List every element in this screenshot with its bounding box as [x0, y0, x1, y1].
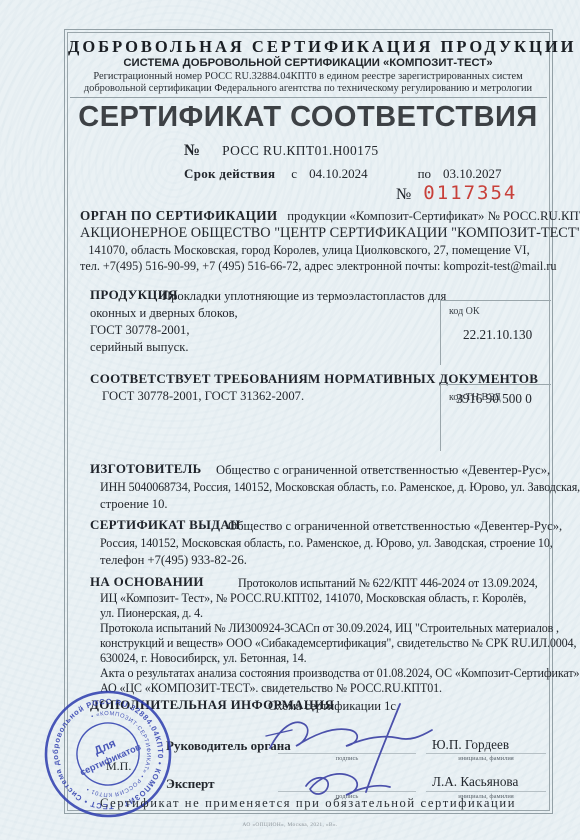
validity-to-label: по	[418, 166, 431, 182]
certification-body-label: ОРГАН ПО СЕРТИФИКАЦИИ	[80, 208, 278, 223]
head-name: Ю.П. Гордеев	[432, 737, 509, 753]
system-subtitle: СИСТЕМА ДОБРОВОЛЬНОЙ СЕРТИФИКАЦИИ «КОМПО…	[68, 57, 548, 69]
certificate-number-value: РОСС RU.КПТ01.Н00175	[222, 143, 378, 159]
manufacturer-label: ИЗГОТОВИТЕЛЬ	[90, 461, 201, 477]
serial-number-value: 0117354	[423, 182, 517, 204]
product-line1: Прокладки уплотняющие из термоэластоплас…	[162, 289, 446, 304]
tnved-code-box: код ТН ВЭД 3916 90 500 0	[440, 384, 551, 451]
certification-body-line2: АКЦИОНЕРНОЕ ОБЩЕСТВО "ЦЕНТР СЕРТИФИКАЦИИ…	[80, 225, 538, 242]
basis-line3: ул. Пионерская, д. 4.	[100, 606, 203, 621]
certification-body-line4: тел. +7(495) 516-90-99, +7 (495) 516-66-…	[80, 259, 538, 274]
validity-from-label: с	[291, 166, 297, 182]
expert-name-line	[426, 791, 546, 792]
head-signature-line	[278, 753, 416, 754]
header-divider	[70, 97, 547, 98]
manufacturer-line1: Общество с ограниченной ответственностью…	[216, 463, 550, 478]
issued-to-line3: телефон +7(495) 933-82-26.	[100, 553, 247, 568]
validity-from-date: 04.10.2024	[309, 166, 368, 182]
certification-body-line1-text: продукции «Композит-Сертификат» № РОСС.R…	[287, 209, 580, 223]
head-name-caption: инициалы, фамилия	[426, 755, 546, 762]
conformity-documents: ГОСТ 30778-2001, ГОСТ 31362-2007.	[102, 389, 304, 404]
certification-body-line1: ОРГАН ПО СЕРТИФИКАЦИИ продукции «Компози…	[80, 208, 538, 224]
product-line4: серийный выпуск.	[90, 340, 189, 355]
certificate-title: СЕРТИФИКАТ СООТВЕТСТВИЯ	[68, 101, 548, 134]
issued-to-label: СЕРТИФИКАТ ВЫДАН	[90, 517, 241, 533]
print-house-info: АО «ОПЦИОН», Москва, 2021, «В».	[0, 822, 580, 828]
issued-to-line2: Россия, 140152, Московская область, г.о.…	[100, 536, 553, 551]
serial-number-sign: №	[396, 186, 411, 204]
validity-to-date: 03.10.2027	[443, 166, 502, 182]
validity-label: Срок действия	[184, 166, 275, 182]
registration-line-1: Регистрационный номер РОСС RU.32884.04КП…	[68, 71, 548, 82]
issued-to-line1: Общество с ограниченной ответственностью…	[228, 519, 562, 534]
expert-name: Л.А. Касьянова	[432, 774, 518, 790]
blank-serial-row: № 0117354	[396, 182, 517, 204]
certification-body-line3: 141070, область Московская, город Короле…	[80, 243, 538, 258]
product-line2: оконных и дверных блоков,	[90, 306, 238, 321]
basis-line6: 630024, г. Новосибирск, ул. Бетонная, 14…	[100, 651, 307, 666]
additional-info-value: Схема сертификации 1с.	[268, 699, 399, 714]
basis-line2: ИЦ «Композит- Тест», № РОСС.RU.КПТ02, 14…	[100, 591, 526, 606]
ok-code-box: код ОК 22.21.10.130	[440, 300, 551, 365]
basis-line7: Акта о результатах анализа состояния про…	[100, 666, 579, 681]
number-sign: №	[184, 142, 200, 160]
head-name-line	[426, 753, 546, 754]
manufacturer-line3: строение 10.	[100, 497, 168, 512]
product-line3: ГОСТ 30778-2001,	[90, 323, 189, 338]
validity-row: Срок действия с 04.10.2024 по 03.10.2027	[184, 166, 502, 182]
ok-code-label: код ОК	[449, 306, 480, 317]
manufacturer-line2: ИНН 5040068734, Россия, 140152, Московск…	[100, 480, 580, 495]
system-title: ДОБРОВОЛЬНАЯ СЕРТИФИКАЦИЯ ПРОДУКЦИИ	[68, 37, 548, 57]
ok-code-value: 22.21.10.130	[463, 327, 532, 343]
certificate-number-row: № РОСС RU.КПТ01.Н00175	[184, 142, 379, 160]
basis-line4: Протокола испытаний № ЛИ300924-3САСп от …	[100, 621, 559, 636]
certification-body-section: ОРГАН ПО СЕРТИФИКАЦИИ продукции «Компози…	[80, 208, 538, 274]
head-signature-caption: подпись	[278, 755, 416, 762]
basis-label: НА ОСНОВАНИИ	[90, 574, 204, 590]
registration-line-2: добровольной сертификации Федерального а…	[68, 83, 548, 94]
certificate-page: ДОБРОВОЛЬНАЯ СЕРТИФИКАЦИЯ ПРОДУКЦИИ СИСТ…	[0, 0, 580, 840]
basis-line5: конструкций и веществ» ООО «Сибакадемсер…	[100, 636, 576, 651]
restriction-note: Сертификат не применяется при обязательн…	[68, 796, 548, 811]
tnved-code-value: 3916 90 500 0	[456, 391, 532, 407]
expert-signature-line	[278, 791, 416, 792]
basis-line1: Протоколов испытаний № 622/КПТ 446-2024 …	[238, 576, 538, 591]
